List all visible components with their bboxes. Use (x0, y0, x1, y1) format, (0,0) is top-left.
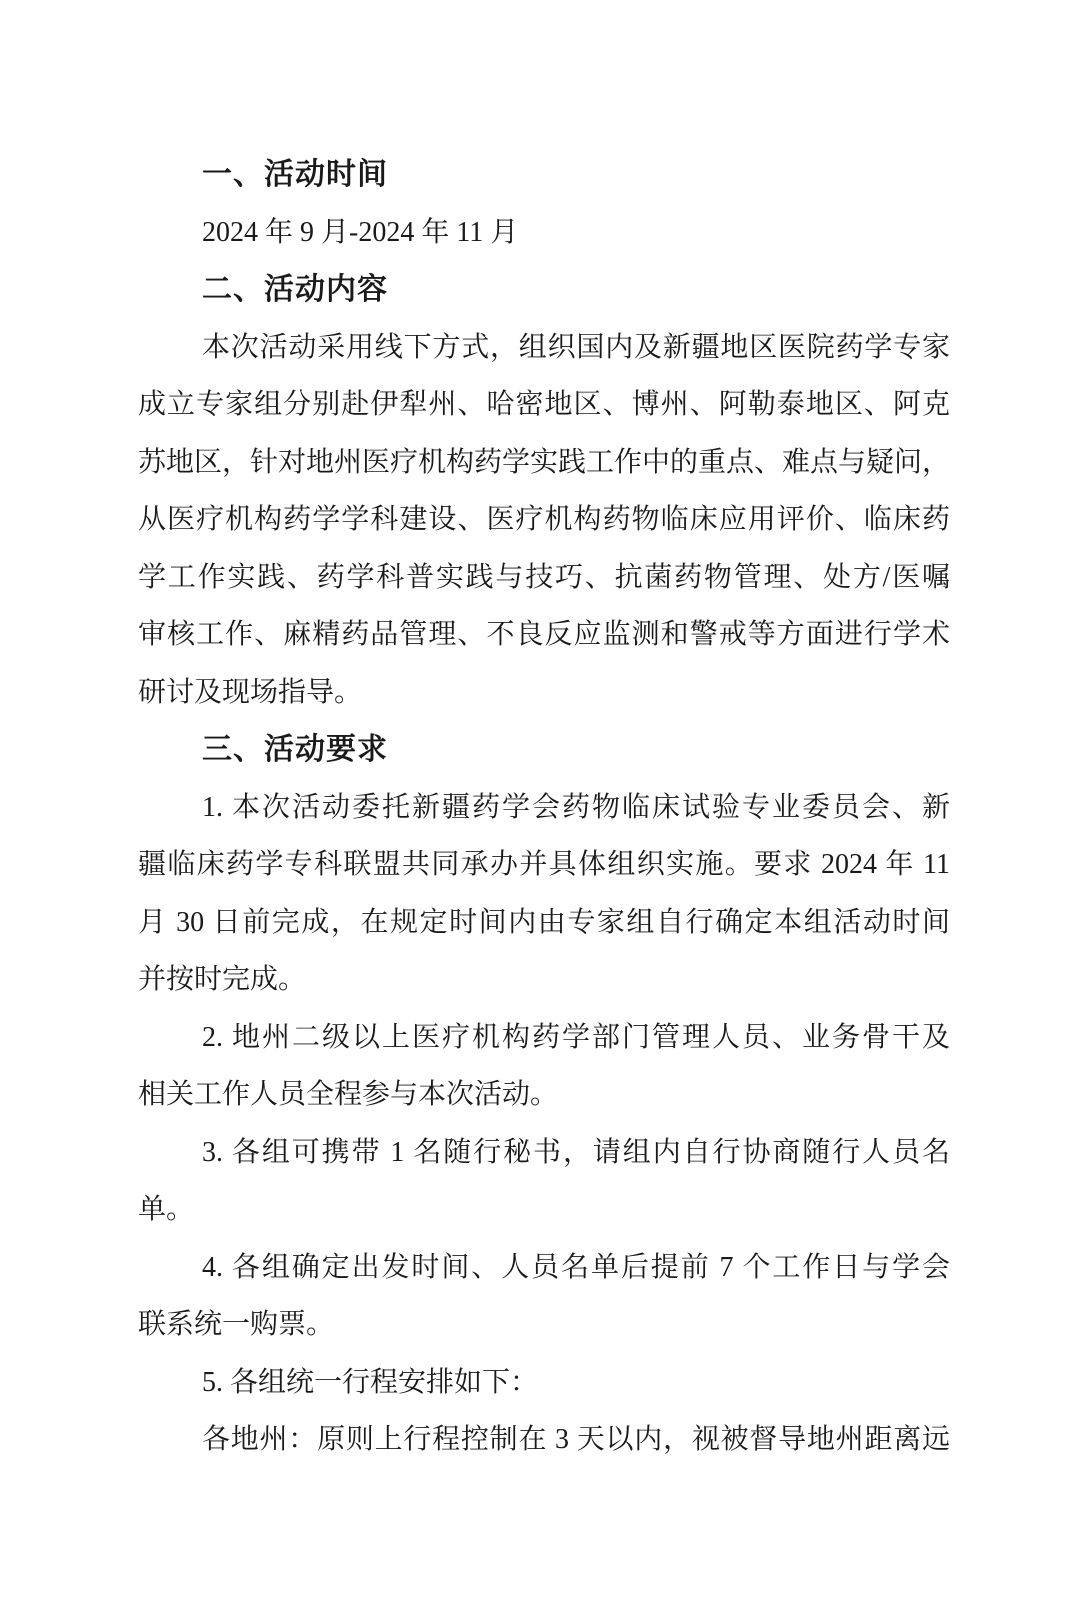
text-line: 疆临床药学专科联盟共同承办并具体组织实施。要求 2024 年 11 (138, 836, 950, 894)
section-heading: 二、活动内容 (138, 261, 950, 319)
text-line: 各地州：原则上行程控制在 3 天以内，视被督导地州距离远 (138, 1411, 950, 1469)
section-heading: 一、活动时间 (138, 146, 950, 204)
text-line: 1. 本次活动委托新疆药学会药物临床试验专业委员会、新 (138, 779, 950, 837)
text-line: 成立专家组分别赴伊犁州、哈密地区、博州、阿勒泰地区、阿克 (138, 376, 950, 434)
text-line: 联系统一购票。 (138, 1296, 950, 1354)
document-page: 一、活动时间2024 年 9 月-2024 年 11 月二、活动内容本次活动采用… (0, 0, 1086, 1600)
text-line: 2024 年 9 月-2024 年 11 月 (138, 204, 950, 262)
document-body: 一、活动时间2024 年 9 月-2024 年 11 月二、活动内容本次活动采用… (138, 146, 950, 1469)
text-line: 4. 各组确定出发时间、人员名单后提前 7 个工作日与学会 (138, 1239, 950, 1297)
text-line: 3. 各组可携带 1 名随行秘书，请组内自行协商随行人员名 (138, 1124, 950, 1182)
text-line: 从医疗机构药学学科建设、医疗机构药物临床应用评价、临床药 (138, 491, 950, 549)
text-line: 2. 地州二级以上医疗机构药学部门管理人员、业务骨干及 (138, 1009, 950, 1067)
text-line: 并按时完成。 (138, 951, 950, 1009)
text-line: 研讨及现场指导。 (138, 664, 950, 722)
text-line: 月 30 日前完成，在规定时间内由专家组自行确定本组活动时间 (138, 894, 950, 952)
text-line: 本次活动采用线下方式，组织国内及新疆地区医院药学专家 (138, 319, 950, 377)
text-line: 学工作实践、药学科普实践与技巧、抗菌药物管理、处方/医嘱 (138, 549, 950, 607)
text-line: 5. 各组统一行程安排如下： (138, 1354, 950, 1412)
text-line: 审核工作、麻精药品管理、不良反应监测和警戒等方面进行学术 (138, 606, 950, 664)
text-line: 相关工作人员全程参与本次活动。 (138, 1066, 950, 1124)
text-line: 单。 (138, 1181, 950, 1239)
text-line: 苏地区，针对地州医疗机构药学实践工作中的重点、难点与疑问， (138, 434, 950, 492)
section-heading: 三、活动要求 (138, 721, 950, 779)
